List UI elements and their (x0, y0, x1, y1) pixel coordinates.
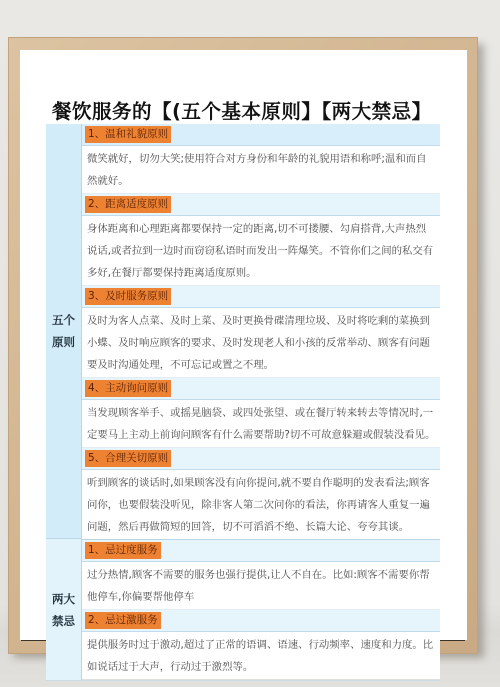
category-column: 五个 原则 两大 禁忌 (46, 124, 81, 680)
category-label-line: 五个 (52, 309, 75, 331)
poster-canvas: 餐饮服务的【(五个基本原则】【两大禁忌】 五个 原则 两大 禁忌 1、温和礼貌原… (20, 50, 467, 640)
item-heading-badge: 3、及时服务原则 (85, 288, 171, 305)
item-body: 听到顾客的谈话时,如果顾客没有向你提问,就不要自作聪明的发表看法;顾客问你，也要… (82, 470, 440, 539)
section-five-principles: 1、温和礼貌原则 微笑就好，切勿大笑;使用符合对方身份和年龄的礼貌用语和称呼;温… (82, 124, 440, 539)
principle-item: 2、距离适度原则 身体距离和心理距离都要保持一定的距离,切不可搂腰、勾肩搭背,大… (82, 194, 440, 286)
item-body: 及时为客人点菜、及时上菜、及时更换骨碟清理垃圾、及时将吃剩的菜换到小蝶、及时响应… (82, 308, 440, 378)
item-header: 5、合理关切原则 (82, 448, 440, 470)
item-header: 1、温和礼貌原则 (82, 124, 440, 146)
section-two-taboos: 1、忌过度服务 过分热情,顾客不需要的服务也强行提供,让人不自在。比如:顾客不需… (82, 539, 440, 679)
item-heading-badge: 4、主动询问原则 (85, 380, 171, 397)
content-column: 1、温和礼貌原则 微笑就好，切勿大笑;使用符合对方身份和年龄的礼貌用语和称呼;温… (81, 124, 440, 680)
item-heading-badge: 1、温和礼貌原则 (85, 126, 171, 143)
taboo-item: 2、忌过激服务 提供服务时过于激动,超过了正常的语调、语速、行动频率、速度和力度… (82, 610, 440, 679)
item-body: 当发现顾客举手、或摇晃脑袋、或四处张望、或在餐厅转来转去等情况时,一定要马上主动… (82, 400, 440, 448)
item-header: 1、忌过度服务 (82, 540, 440, 562)
category-label-line: 禁忌 (52, 610, 75, 632)
category-label-line: 两大 (52, 588, 75, 610)
item-header: 2、距离适度原则 (82, 194, 440, 216)
category-five-principles: 五个 原则 (46, 124, 81, 539)
category-two-taboos: 两大 禁忌 (46, 539, 81, 680)
item-heading-badge: 1、忌过度服务 (85, 542, 161, 559)
principles-table: 五个 原则 两大 禁忌 1、温和礼貌原则 微笑就好，切勿大笑;使用符合对方身份和… (46, 124, 440, 681)
poster-title: 餐饮服务的【(五个基本原则】【两大禁忌】 (52, 96, 432, 124)
item-heading-badge: 5、合理关切原则 (85, 450, 171, 467)
item-header: 2、忌过激服务 (82, 610, 440, 632)
item-header: 3、及时服务原则 (82, 286, 440, 308)
item-body: 身体距离和心理距离都要保持一定的距离,切不可搂腰、勾肩搭背,大声热烈说话,或者拉… (82, 216, 440, 286)
principle-item: 3、及时服务原则 及时为客人点菜、及时上菜、及时更换骨碟清理垃圾、及时将吃剩的菜… (82, 286, 440, 378)
principle-item: 5、合理关切原则 听到顾客的谈话时,如果顾客没有向你提问,就不要自作聪明的发表看… (82, 448, 440, 539)
item-heading-badge: 2、距离适度原则 (85, 196, 171, 213)
item-header: 4、主动询问原则 (82, 378, 440, 400)
principle-item: 4、主动询问原则 当发现顾客举手、或摇晃脑袋、或四处张望、或在餐厅转来转去等情况… (82, 378, 440, 448)
taboo-item: 1、忌过度服务 过分热情,顾客不需要的服务也强行提供,让人不自在。比如:顾客不需… (82, 540, 440, 610)
category-label-line: 原则 (52, 331, 75, 353)
item-heading-badge: 2、忌过激服务 (85, 612, 161, 629)
item-body: 提供服务时过于激动,超过了正常的语调、语速、行动频率、速度和力度。比如说话过于大… (82, 632, 440, 679)
principle-item: 1、温和礼貌原则 微笑就好，切勿大笑;使用符合对方身份和年龄的礼貌用语和称呼;温… (82, 124, 440, 194)
item-body: 微笑就好，切勿大笑;使用符合对方身份和年龄的礼貌用语和称呼;温和而自然就好。 (82, 146, 440, 194)
item-body: 过分热情,顾客不需要的服务也强行提供,让人不自在。比如:顾客不需要你帮他停车,你… (82, 562, 440, 610)
